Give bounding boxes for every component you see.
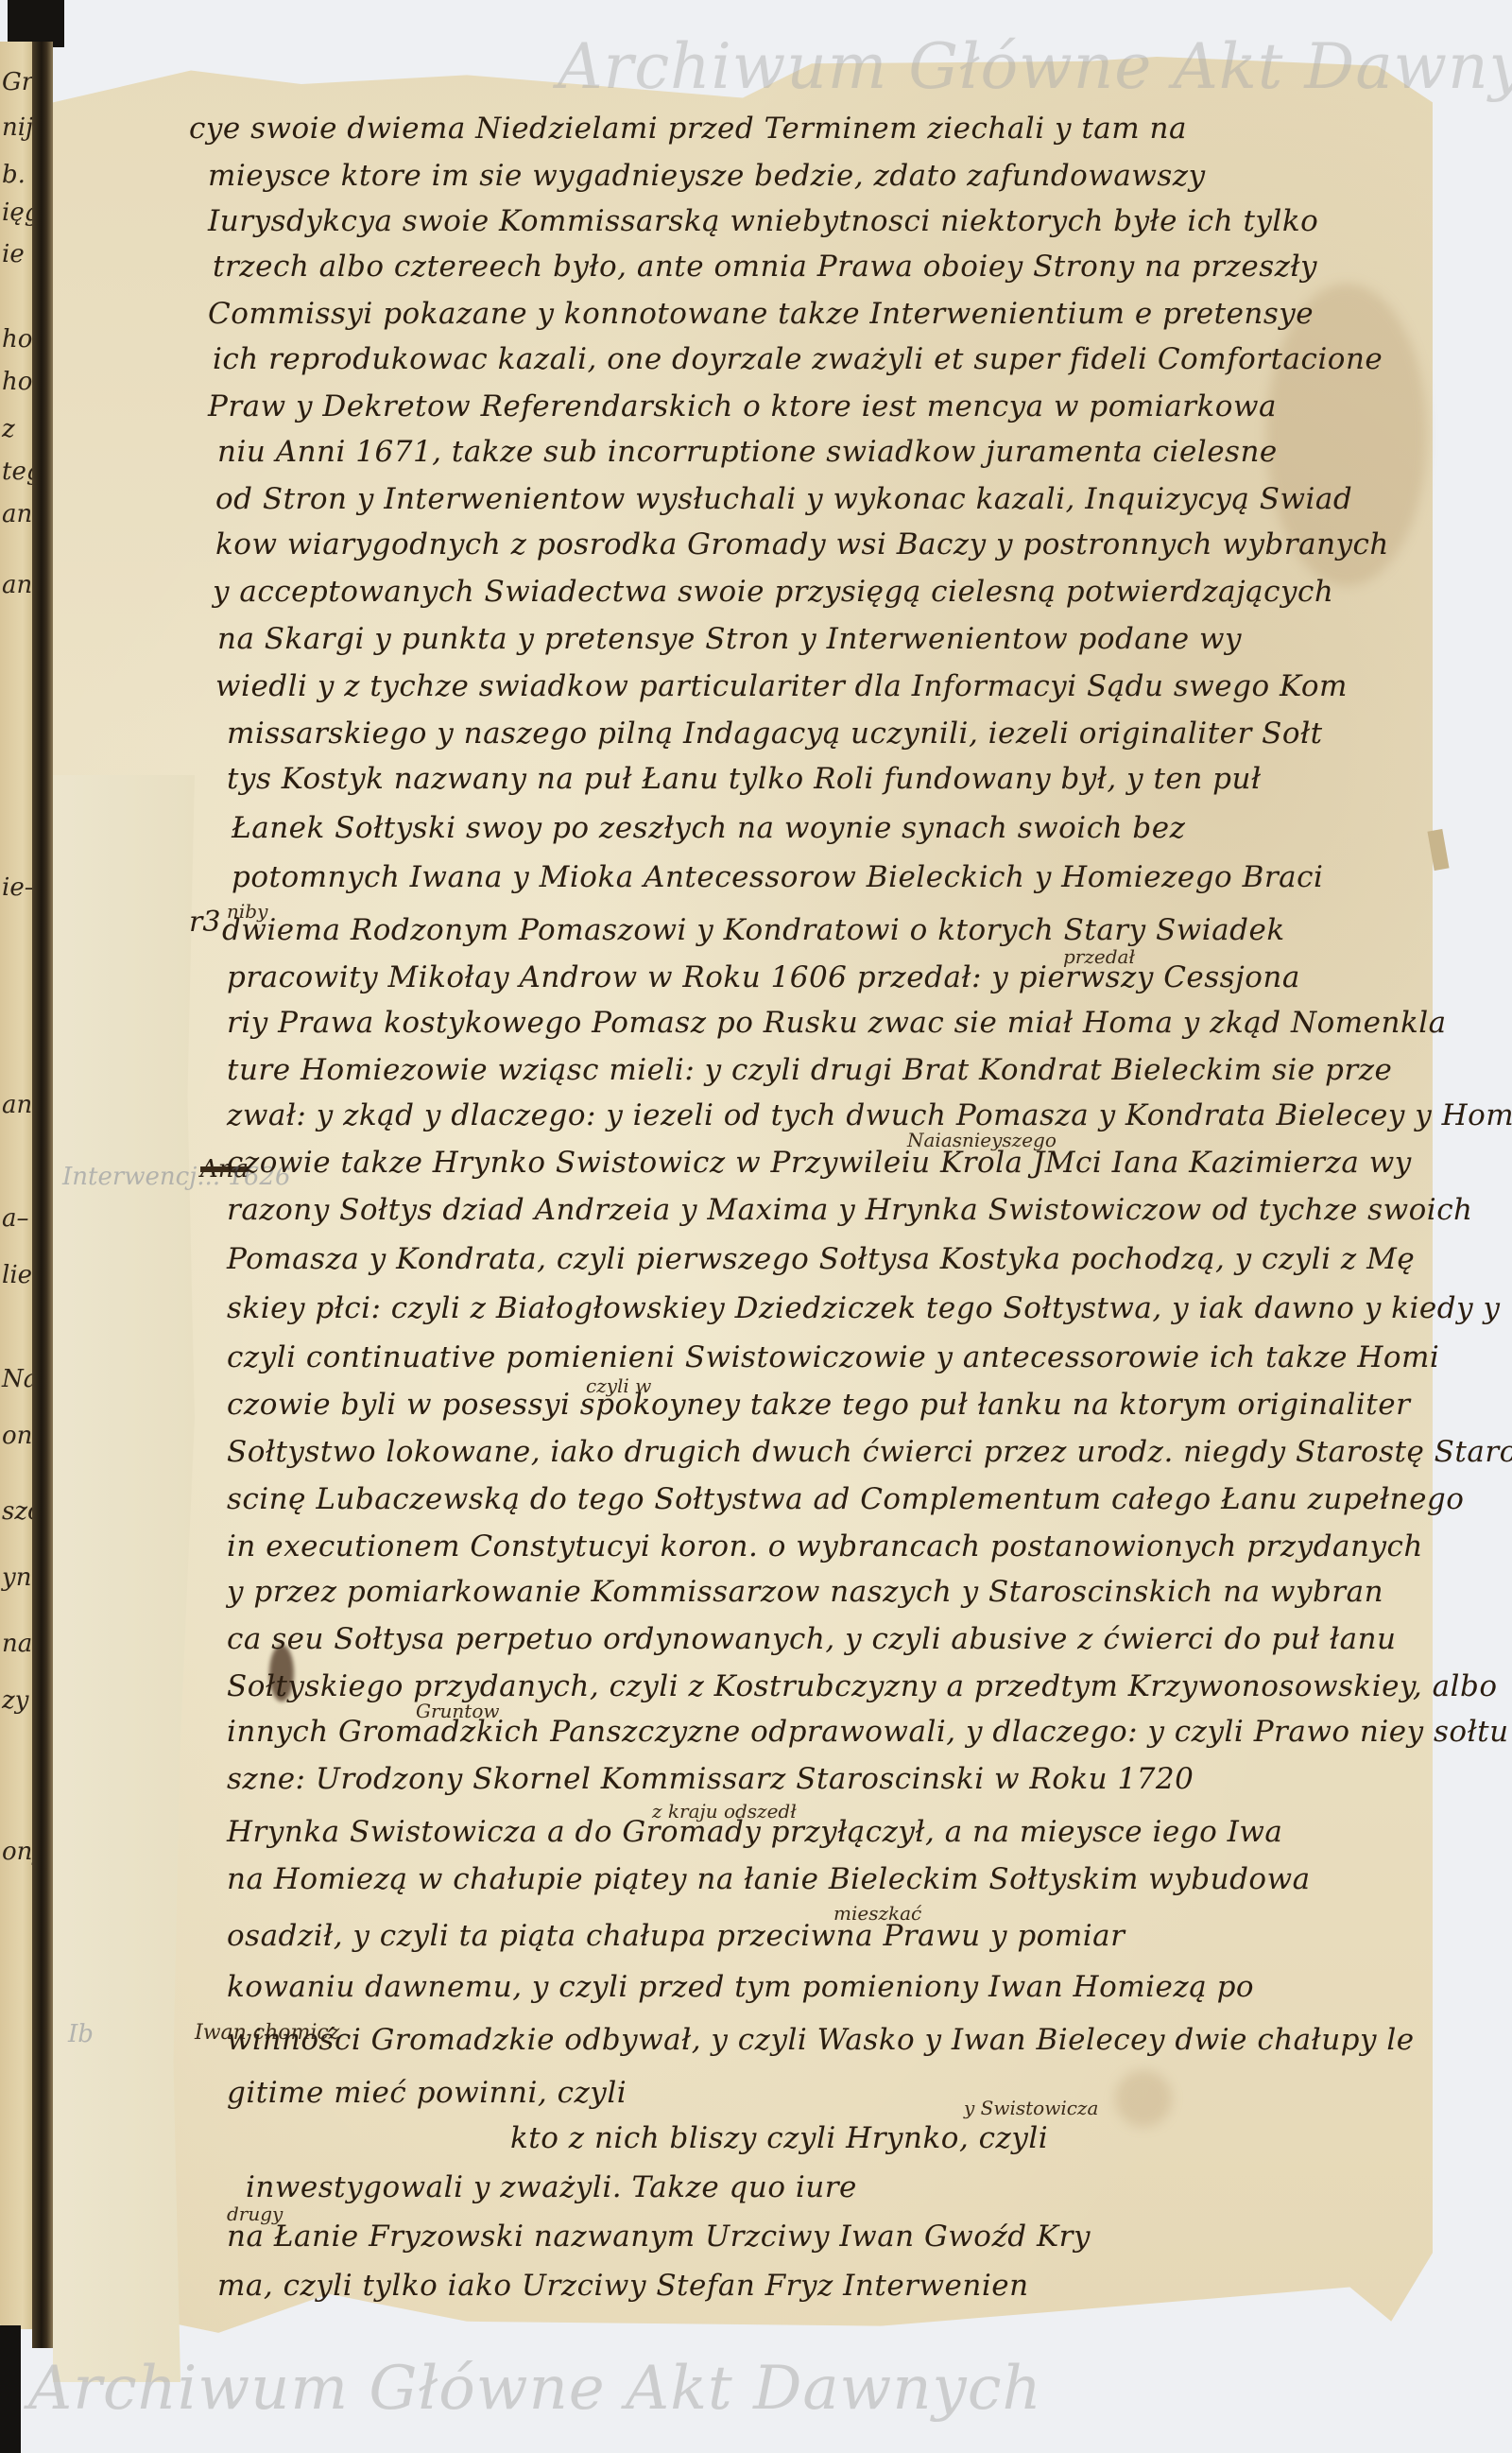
- archive-watermark: Archiwum Główne Akt Dawnych: [28, 2354, 1042, 2424]
- text-line: czowie byli w posessyi spokoyney takze t…: [227, 1388, 1410, 1422]
- adjacent-page-fragment: ie: [2, 240, 25, 268]
- text-line: missarskiego y naszego pilną Indagacyą u…: [227, 717, 1323, 751]
- text-line: dwiema Rodzonym Pomaszowi y Kondratowi o…: [222, 913, 1285, 947]
- text-line: y przez pomiarkowanie Kommissarzow naszy…: [227, 1575, 1383, 1609]
- text-line: potomnych Iwana y Mioka Antecessorow Bie…: [232, 860, 1323, 894]
- text-line: wiedli y z tychze swiadkow particularite…: [215, 669, 1348, 703]
- adjacent-page-fragment: yn: [2, 1563, 31, 1592]
- archive-watermark: Archiwum Główne Akt Dawnych: [558, 30, 1512, 103]
- text-line: szne: Urodzony Skornel Kommissarz Staros…: [227, 1762, 1194, 1796]
- text-line: ture Homiezowie wziąsc mieli: y czyli dr…: [227, 1053, 1392, 1087]
- paper-repair-patch: [53, 775, 195, 2382]
- text-line: ca seu Sołtysa perpetuo ordynowanych, y …: [227, 1622, 1397, 1656]
- text-line: riy Prawa kostykowego Pomasz po Rusku zw…: [227, 1006, 1447, 1040]
- text-line: Iurysdykcya swoie Kommissarską wniebytno…: [208, 204, 1318, 238]
- text-line: Sołtystwo lokowane, iako drugich dwuch ć…: [227, 1435, 1512, 1469]
- text-line: cye swoie dwiema Niedzielami przed Termi…: [189, 112, 1187, 146]
- text-line: skiey płci: czyli z Białogłowskiey Dzied…: [227, 1291, 1500, 1325]
- text-line: kto z nich bliszy czyli Hrynko, czyli: [510, 2121, 1048, 2155]
- text-line: ich reprodukowac kazali, one doyrzale zw…: [213, 342, 1383, 376]
- text-line: czowie takze Hrynko Swistowicz w Przywil…: [227, 1146, 1412, 1180]
- adjacent-page-fragment: na: [2, 1630, 32, 1658]
- text-line: zwał: y zkąd y dlaczego: y iezeli od tyc…: [227, 1098, 1512, 1132]
- text-line: kow wiarygodnych z posrodka Gromady wsi …: [215, 527, 1389, 561]
- text-line: scinę Lubaczewską do tego Sołtystwa ad C…: [227, 1482, 1464, 1516]
- adjacent-page-fragment: lie: [2, 1261, 32, 1289]
- text-line: kowaniu dawnemu, y czyli przed tym pomie…: [227, 1970, 1254, 2004]
- binding-edge: [8, 0, 64, 47]
- text-line: niu Anni 1671, takze sub incorruptione s…: [217, 435, 1278, 469]
- text-line: in executionem Constytucyi koron. o wybr…: [227, 1529, 1423, 1563]
- water-stain: [1115, 2070, 1172, 2127]
- text-line: winności Gromadzkie odbywał, y czyli Was…: [227, 2023, 1415, 2057]
- adjacent-page-fragment: an: [2, 571, 32, 599]
- text-line: ma, czyli tylko iako Urzciwy Stefan Fryz…: [217, 2269, 1029, 2303]
- binding-edge: [0, 2325, 21, 2453]
- text-line: Hrynka Swistowicza a do Gromady przyłącz…: [227, 1815, 1282, 1849]
- text-line: razony Sołtys dziad Andrzeia y Maxima y …: [227, 1193, 1473, 1227]
- text-line: gitime mieć powinni, czyli: [227, 2076, 627, 2110]
- text-line: Pomasza y Kondrata, czyli pierwszego Soł…: [227, 1242, 1415, 1276]
- text-line: na Homiezą w chałupie piątey na łanie Bi…: [227, 1862, 1311, 1896]
- text-line: czyli continuative pomienieni Swistowicz…: [227, 1340, 1439, 1374]
- text-line: od Stron y Interwenientow wysłuchali y w…: [215, 482, 1352, 516]
- pencil-note: Ib: [68, 2020, 94, 2048]
- text-line: inwestygowali y zważyli. Takze quo iure: [246, 2170, 857, 2204]
- text-line: trzech albo cztereech było, ante omnia P…: [213, 250, 1317, 284]
- margin-note: r3: [189, 906, 220, 939]
- adjacent-page-fragment: zy: [2, 1686, 28, 1715]
- text-line: osadził, y czyli ta piąta chałupa przeci…: [227, 1919, 1125, 1953]
- adjacent-page-fragment: ho: [2, 325, 32, 354]
- adjacent-page-fragment: an: [2, 500, 32, 528]
- text-line: Łanek Sołtyski swoy po zeszłych na woyni…: [232, 811, 1185, 845]
- text-line: pracowity Mikołay Androw w Roku 1606 prz…: [227, 960, 1300, 994]
- text-line: na Skargi y punkta y pretensye Stron y I…: [217, 622, 1242, 656]
- page-gutter: [32, 42, 53, 2348]
- text-line: Sołtyskiego przydanych, czyli z Kostrubc…: [227, 1669, 1497, 1703]
- adjacent-page-fragment: nij: [2, 113, 33, 142]
- text-line: mieysce ktore im sie wygadnieysze bedzie…: [208, 159, 1206, 193]
- adjacent-page-fragment: a–: [2, 1204, 29, 1233]
- text-line: Commissyi pokazane y konnotowane takze I…: [208, 297, 1314, 331]
- text-line: Praw y Dekretow Referendarskich o ktore …: [208, 389, 1277, 423]
- adjacent-page-fragment: z: [2, 415, 15, 443]
- text-line: tys Kostyk nazwany na puł Łanu tylko Rol…: [227, 762, 1262, 796]
- text-line: y acceptowanych Swiadectwa swoie przysię…: [213, 575, 1333, 609]
- text-line: innych Gromadzkich Panszczyzne odprawowa…: [227, 1715, 1509, 1749]
- text-line: na Łanie Fryzowski nazwanym Urzciwy Iwan…: [227, 2220, 1091, 2254]
- manuscript-scan: Gra nij b. ięgo ie ho ho; z tego an an i…: [0, 0, 1512, 2453]
- adjacent-page-fragment: b.: [2, 161, 26, 189]
- interlinear-insert: y Swistowicza: [964, 2097, 1098, 2119]
